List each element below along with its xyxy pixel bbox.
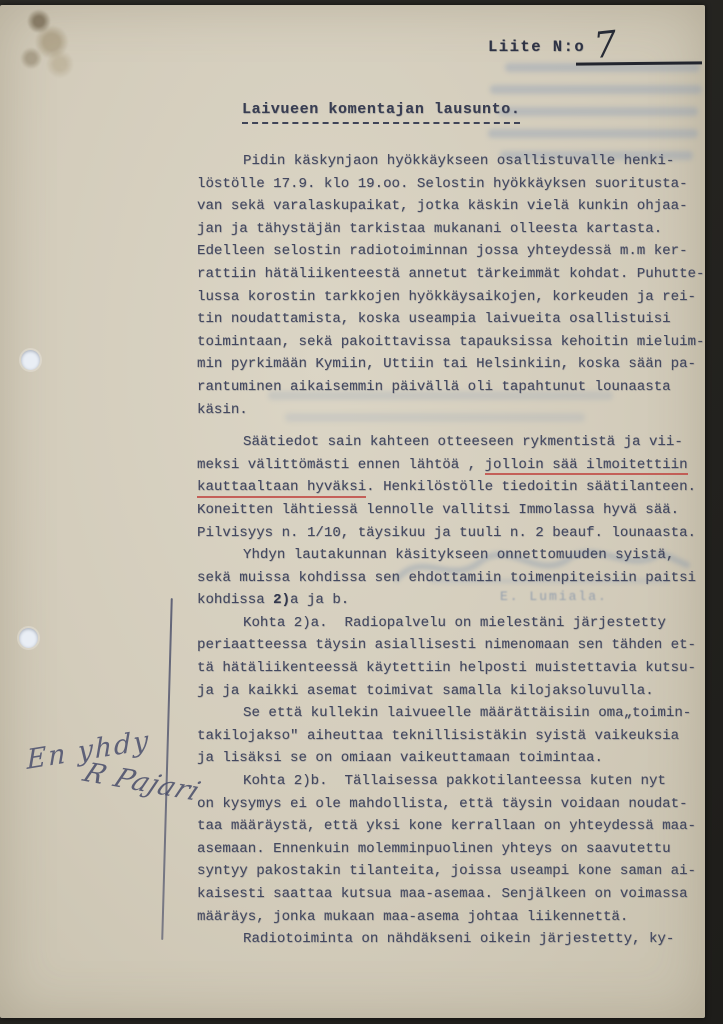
red-underlined-text: jolloin sää ilmoitettiin <box>485 457 688 476</box>
text-line: kaisesti saattaa kutsua maa-asemaa. Senj… <box>197 883 713 906</box>
document-title: Laivueen komentajan lausunto. <box>242 101 520 124</box>
text-line: rattiin hätäliikenteestä annetut tärkeim… <box>197 263 713 286</box>
text-line: Edelleen selostin radiotoiminnan jossa y… <box>197 240 713 263</box>
text-line: Yhdyn lautakunnan käsitykseen onnettomuu… <box>197 544 713 567</box>
text-line: tä hätäliikenteessä käytettiin helposti … <box>197 657 713 680</box>
document-page: E. Lumiala. Liite N:o 7 Laivueen komenta… <box>0 5 705 1018</box>
text-segment: . Henkilöstölle tiedoitin säätilanteen. <box>366 479 696 495</box>
text-line: takilojakso" aiheuttaa teknillisistäkin … <box>197 725 713 748</box>
text-line: lussa korostin tarkkojen hyökkäysaikojen… <box>197 286 713 309</box>
text-line: Kohta 2)a. Radiopalvelu on mielestäni jä… <box>197 612 713 635</box>
text-segment: meksi välittömästi ennen lähtöä , <box>197 457 485 473</box>
text-segment: kohdissa <box>197 592 273 608</box>
text-line: syntyy pakostakin tilanteita, joissa use… <box>197 860 713 883</box>
text-line: periaatteessa täysin asiallisesti nimeno… <box>197 634 713 657</box>
text-line: Pilvisyys n. 1/10, täysikuu ja tuuli n. … <box>197 522 713 545</box>
text-line: van sekä varalaskupaikat, jotka käskin v… <box>197 195 713 218</box>
text-line: kauttaaltaan hyväksi. Henkilöstölle tied… <box>197 476 713 499</box>
text-line: taa määräystä, että yksi kone kerrallaan… <box>197 815 713 838</box>
margin-note-signature: R Pajari <box>78 758 205 807</box>
text-segment: 2) <box>273 592 290 608</box>
text-line: sekä muissa kohdissa sen ehdottamiin toi… <box>197 567 713 590</box>
text-line: min pyrkimään Kymiin, Uttiin tai Helsink… <box>197 353 713 376</box>
text-line: ja lisäksi se on omiaan vaikeuttamaan to… <box>197 747 713 770</box>
text-line: asemaan. Ennenkuin molemminpuolinen yhte… <box>197 838 713 861</box>
red-underlined-text: kauttaaltaan hyväksi <box>197 479 366 498</box>
text-segment: a ja b. <box>290 592 349 608</box>
text-line: määräys, jonka mukaan maa-asema johtaa l… <box>197 906 713 929</box>
text-line: jan ja tähystäjän tarkistaa mukanani oll… <box>197 218 713 241</box>
pencil-margin-line <box>161 598 173 940</box>
document-body: Pidin käskynjaon hyökkäykseen osallistuv… <box>197 150 713 951</box>
text-line: Koneitten lähtiessä lennolle vallitsi Im… <box>197 499 713 522</box>
stain-mark <box>12 5 76 79</box>
text-line: ja ja kaikki asemat toimivat samalla kil… <box>197 680 713 703</box>
punch-hole-bottom <box>19 628 38 648</box>
punch-hole-top <box>21 350 40 370</box>
text-line: käsin. <box>197 399 713 422</box>
text-line: meksi välittömästi ennen lähtöä , jolloi… <box>197 454 713 477</box>
bleedthrough-line <box>490 85 702 94</box>
text-line: Se että kullekin laivueelle määrättäisii… <box>197 702 713 725</box>
text-line: tin noudattamista, koska useampia laivue… <box>197 308 713 331</box>
text-line: Kohta 2)b. Tällaisessa pakkotilanteessa … <box>197 770 713 793</box>
text-line: rantuminen aikaisemmin päivällä oli tapa… <box>197 376 713 399</box>
text-line: Säätiedot sain kahteen otteeseen rykment… <box>197 431 713 454</box>
text-line: toimintaan, sekä pakoittavissa tapauksis… <box>197 331 713 354</box>
bleedthrough-line <box>488 129 698 138</box>
text-line: Radiotoiminta on nähdäkseni oikein järje… <box>197 928 713 951</box>
attachment-number: 7 <box>592 24 619 67</box>
text-line: Pidin käskynjaon hyökkäykseen osallistuv… <box>197 150 713 173</box>
text-line: on kysymys ei ole mahdollista, että täys… <box>197 793 713 816</box>
attachment-label: Liite N:o <box>488 38 585 56</box>
photo-background: E. Lumiala. Liite N:o 7 Laivueen komenta… <box>0 0 723 1024</box>
bleedthrough-line <box>498 107 698 116</box>
text-line: löstölle 17.9. klo 19.oo. Selostin hyökk… <box>197 173 713 196</box>
text-line: kohdissa 2)a ja b. <box>197 589 713 612</box>
